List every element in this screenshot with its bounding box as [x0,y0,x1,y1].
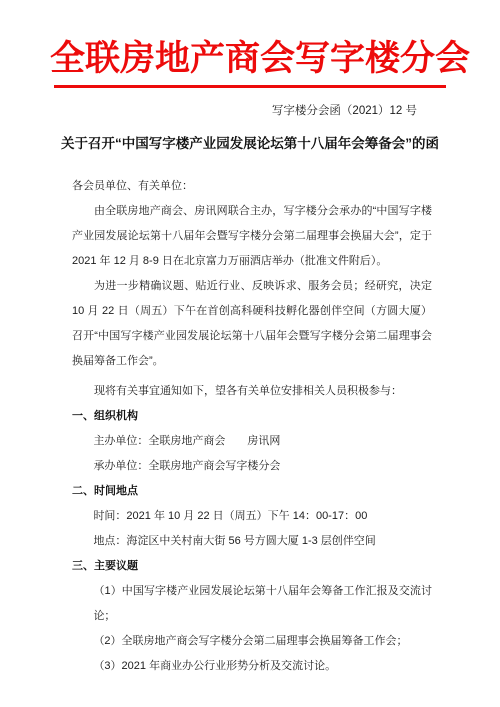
section-heading-topics: 三、主要议题 [72,554,432,579]
salutation: 各会员单位、有关单位： [72,174,432,199]
topic-item-1: （1）中国写字楼产业园发展论坛第十八届年会筹备工作汇报及交流讨论； [72,579,432,629]
body-paragraph-2: 为进一步精确议题、贴近行业、反映诉求、服务会员；经研究，决定 10 月 22 日… [72,274,432,374]
subject-title: 关于召开“中国写字楼产业园发展论坛第十八届年会筹备会”的函 [56,134,444,153]
section-line-organizer-unit: 承办单位：全联房地产商会写字楼分会 [72,454,432,479]
section-heading-organization: 一、组织机构 [72,404,432,429]
section-line-host-unit: 主办单位：全联房地产商会 房讯网 [72,429,432,454]
letterhead: 全联房地产商会写字楼分会 写字楼分会函（2021）12 号 [0,0,500,118]
letterhead-title: 全联房地产商会写字楼分会 [50,34,450,83]
letterhead-divider [54,85,446,88]
body-paragraph-1: 由全联房地产商会、房讯网联合主办，写字楼分会承办的“中国写字楼产业园发展论坛第十… [72,199,432,274]
document-page: 全联房地产商会写字楼分会 写字楼分会函（2021）12 号 关于召开“中国写字楼… [0,0,500,707]
body-paragraph-3: 现将有关事宜通知如下，望各有关单位安排相关人员积极参与： [72,379,432,404]
letter-body: 各会员单位、有关单位： 由全联房地产商会、房讯网联合主办，写字楼分会承办的“中国… [72,174,432,679]
section-line-time: 时间：2021 年 10 月 22 日（周五）下午 14：00-17：00 [72,504,432,529]
topic-item-2: （2）全联房地产商会写字楼分会第二届理事会换届筹备工作会； [72,629,432,654]
section-line-place: 地点：海淀区中关村南大街 56 号方圆大厦 1-3 层创伴空间 [72,529,432,554]
section-heading-time-place: 二、时间地点 [72,479,432,504]
doc-number: 写字楼分会函（2021）12 号 [0,104,500,118]
topic-item-3: （3）2021 年商业办公行业形势分析及交流讨论。 [72,654,432,679]
